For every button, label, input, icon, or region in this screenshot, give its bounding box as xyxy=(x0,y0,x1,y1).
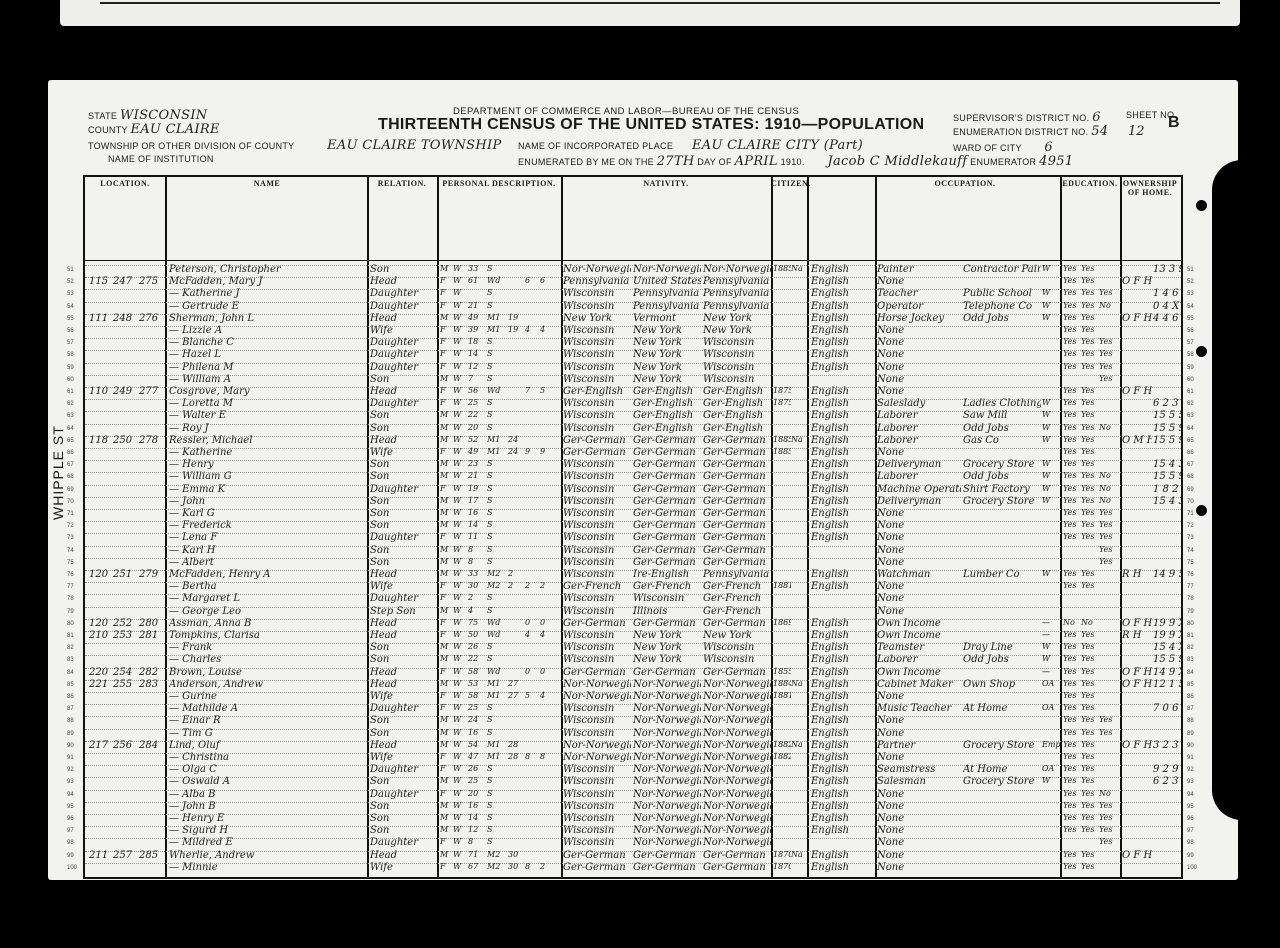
group-relation: RELATION. xyxy=(367,179,437,188)
cell-mother: Wisconsin xyxy=(703,362,771,373)
cell-sex: F xyxy=(440,593,452,602)
line-number: 91 xyxy=(67,755,74,761)
cell-write: Yes xyxy=(1081,386,1099,395)
group-personal: PERSONAL DESCRIPTION. xyxy=(437,179,561,188)
cell-school: Yes xyxy=(1099,801,1117,810)
cell-relation: Son xyxy=(370,813,436,824)
cell-write: Yes xyxy=(1081,691,1099,700)
cell-mother: Ger-German xyxy=(703,484,771,495)
cell-sex: F xyxy=(440,789,452,798)
cell-marital: S xyxy=(487,484,507,493)
cell-mother: Nor-Norwegian xyxy=(703,825,771,836)
cell-sex: M xyxy=(440,520,452,529)
cell-marital: Wd xyxy=(487,667,507,676)
cell-emp: W xyxy=(1042,313,1060,322)
census-sheet: STATE WISCONSIN COUNTY EAU CLAIRE TOWNSH… xyxy=(48,80,1238,880)
cell-mother: Ger-French xyxy=(703,581,771,592)
cell-father: Nor-Norwegian xyxy=(633,801,701,812)
cell-lang: English xyxy=(811,642,871,653)
line-number: 72 xyxy=(67,523,74,529)
line-number: 89 xyxy=(67,731,74,737)
cell-race: W xyxy=(453,471,467,480)
line-number: 65 xyxy=(1187,438,1194,444)
cell-trade: None xyxy=(877,447,961,458)
cell-school: Yes xyxy=(1099,532,1117,541)
cell-lang: English xyxy=(811,679,871,690)
cell-race: W xyxy=(453,813,467,822)
cell-own: O F H xyxy=(1122,313,1152,324)
cell-relation: Daughter xyxy=(370,362,436,373)
cell-trade: Cabinet Maker xyxy=(877,679,961,690)
cell-age: 52 xyxy=(468,435,486,444)
cell-born: 5 xyxy=(525,691,539,700)
cell-father: Ger-English xyxy=(633,386,701,397)
cell-lang: English xyxy=(811,801,871,812)
cell-relation: Son xyxy=(370,715,436,726)
cell-codes: 13 3 9 8 xyxy=(1153,264,1183,275)
line-number: 90 xyxy=(67,743,74,749)
cell-age: 75 xyxy=(468,618,486,627)
cell-mother: New York xyxy=(703,313,771,324)
cell-born: 6 xyxy=(525,276,539,285)
cell-mother: Nor-Norwegian xyxy=(703,837,771,848)
cell-read: Yes xyxy=(1063,508,1081,517)
cell-house: 210 xyxy=(89,630,113,641)
cell-trade: None xyxy=(877,349,961,360)
cell-name: — William A xyxy=(169,374,365,385)
cell-immig: 1881 xyxy=(773,691,791,700)
line-number: 73 xyxy=(1187,535,1194,541)
cell-sex: F xyxy=(440,484,452,493)
cell-race: W xyxy=(453,776,467,785)
line-number: 81 xyxy=(1187,633,1194,639)
cell-mother: Nor-Norwegian xyxy=(703,813,771,824)
cell-write: Yes xyxy=(1081,667,1099,676)
cell-school: Yes xyxy=(1099,545,1117,554)
cell-own: O F H xyxy=(1122,850,1152,861)
line-number: 97 xyxy=(1187,828,1194,834)
cell-birth: Wisconsin xyxy=(563,776,631,787)
cell-birth: Wisconsin xyxy=(563,374,631,385)
cell-father: Ire-English xyxy=(633,569,701,580)
cell-read: Yes xyxy=(1063,276,1081,285)
cell-lang: English xyxy=(811,630,871,641)
census-table: LOCATION. NAME RELATION. PERSONAL DESCRI… xyxy=(83,175,1183,879)
cell-school: Yes xyxy=(1099,813,1117,822)
cell-age: 47 xyxy=(468,752,486,761)
cell-trade: None xyxy=(877,837,961,848)
cell-birth: Nor-Norwegian xyxy=(563,740,631,751)
cell-industry: At Home xyxy=(963,703,1041,714)
cell-sex: F xyxy=(440,337,452,346)
cell-marital: S xyxy=(487,801,507,810)
cell-race: W xyxy=(453,325,467,334)
cell-race: W xyxy=(453,337,467,346)
cell-born: 7 xyxy=(525,386,539,395)
cell-family: 276 xyxy=(139,313,163,324)
cell-school: Yes xyxy=(1099,374,1117,383)
cell-sex: M xyxy=(440,740,452,749)
cell-name: — Henry xyxy=(169,459,365,470)
cell-codes: 1 4 6 X xyxy=(1153,288,1183,299)
cell-write: Yes xyxy=(1081,764,1099,773)
cell-sex: M xyxy=(440,374,452,383)
cell-read: Yes xyxy=(1063,679,1081,688)
cell-race: W xyxy=(453,801,467,810)
cell-mother: Ger-German xyxy=(703,850,771,861)
cell-school: No xyxy=(1099,484,1117,493)
cell-marital: S xyxy=(487,410,507,419)
cell-relation: Daughter xyxy=(370,337,436,348)
cell-years: 19 xyxy=(508,325,524,334)
line-number: 61 xyxy=(1187,389,1194,395)
cell-race: W xyxy=(453,410,467,419)
cell-father: Nor-Norwegian xyxy=(633,703,701,714)
cell-family: 282 xyxy=(139,667,163,678)
cell-race: W xyxy=(453,374,467,383)
cell-codes: 19 9 X X xyxy=(1153,618,1183,629)
line-number: 93 xyxy=(1187,779,1194,785)
cell-age: 22 xyxy=(468,410,486,419)
cell-sex: F xyxy=(440,752,452,761)
cell-write: Yes xyxy=(1081,801,1099,810)
cell-living: 2 xyxy=(540,862,554,871)
cell-immig: 1875 xyxy=(773,398,791,407)
cell-father: Illinois xyxy=(633,606,701,617)
cell-race: W xyxy=(453,520,467,529)
cell-read: Yes xyxy=(1063,484,1081,493)
cell-read: Yes xyxy=(1063,691,1081,700)
cell-school: No xyxy=(1099,471,1117,480)
cell-codes: 6 2 3 X xyxy=(1153,776,1183,787)
cell-race: W xyxy=(453,715,467,724)
cell-marital: S xyxy=(487,728,507,737)
cell-dwelling: 249 xyxy=(113,386,137,397)
cell-mother: Wisconsin xyxy=(703,642,771,653)
cell-age: 56 xyxy=(468,386,486,395)
cell-race: W xyxy=(453,557,467,566)
cell-write: Yes xyxy=(1081,776,1099,785)
cell-lang: English xyxy=(811,325,871,336)
cell-marital: S xyxy=(487,789,507,798)
cell-birth: Wisconsin xyxy=(563,764,631,775)
cell-mother: Pennsylvania xyxy=(703,276,771,287)
cell-mother: Nor-Norwegian xyxy=(703,764,771,775)
cell-industry: Grocery Store xyxy=(963,776,1041,787)
cell-father: Ger-English xyxy=(633,423,701,434)
cell-race: W xyxy=(453,642,467,651)
cell-lang: English xyxy=(811,362,871,373)
cell-birth: Nor-Norwegian xyxy=(563,264,631,275)
cell-relation: Wife xyxy=(370,752,436,763)
line-number: 68 xyxy=(67,474,74,480)
cell-own: R H xyxy=(1122,630,1152,641)
cell-age: 16 xyxy=(468,508,486,517)
cell-marital: Wd xyxy=(487,386,507,395)
cell-write: Yes xyxy=(1081,484,1099,493)
cell-immig: 1869 xyxy=(773,618,791,627)
cell-age: 30 xyxy=(468,581,486,590)
cell-lang: English xyxy=(811,496,871,507)
cell-lang: English xyxy=(811,508,871,519)
cell-own: O M H xyxy=(1122,435,1152,446)
cell-codes: 14 9 X X xyxy=(1153,667,1183,678)
cell-name: — Katherine J xyxy=(169,288,365,299)
cell-name: — Roy J xyxy=(169,423,365,434)
cell-read: Yes xyxy=(1063,715,1081,724)
cell-family: 277 xyxy=(139,386,163,397)
cell-write: Yes xyxy=(1081,313,1099,322)
cell-race: W xyxy=(453,654,467,663)
cell-lang: English xyxy=(811,581,871,592)
cell-immig: 1884 xyxy=(773,679,791,688)
cell-lang: English xyxy=(811,667,871,678)
line-number: 70 xyxy=(67,499,74,505)
cell-birth: Nor-Norwegian xyxy=(563,752,631,763)
punch-hole xyxy=(1196,346,1207,357)
cell-read: Yes xyxy=(1063,740,1081,749)
cell-mother: Pennsylvania xyxy=(703,569,771,580)
cell-age: 67 xyxy=(468,862,486,871)
line-number: 87 xyxy=(1187,706,1194,712)
cell-trade: Painter xyxy=(877,264,961,275)
cell-mother: Nor-Norwegian xyxy=(703,691,771,702)
cell-lang: English xyxy=(811,862,871,873)
cell-trade: Laborer xyxy=(877,435,961,446)
cell-father: Ger-German xyxy=(633,862,701,873)
cell-school: Yes xyxy=(1099,337,1117,346)
cell-nat: Na xyxy=(791,679,807,688)
cell-marital: M2 xyxy=(487,581,507,590)
line-number: 88 xyxy=(67,718,74,724)
cell-industry: Odd Jobs xyxy=(963,423,1041,434)
cell-living: 6 xyxy=(540,276,554,285)
cell-birth: Wisconsin xyxy=(563,593,631,604)
cell-name: — Emma K xyxy=(169,484,365,495)
cell-father: Nor-Norwegian xyxy=(633,776,701,787)
line-number: 83 xyxy=(1187,657,1194,663)
cell-name: — Hazel L xyxy=(169,349,365,360)
cell-read: Yes xyxy=(1063,288,1081,297)
cell-own: R H xyxy=(1122,569,1152,580)
street-name: WHIPPLE ST xyxy=(50,425,66,520)
cell-marital: Wd xyxy=(487,630,507,639)
enumeration-date-field: ENUMERATED BY ME ON THE 27TH DAY OF APRI… xyxy=(518,154,1073,169)
cell-write: Yes xyxy=(1081,862,1099,871)
cell-race: W xyxy=(453,264,467,273)
cell-marital: S xyxy=(487,423,507,432)
cell-write: Yes xyxy=(1081,850,1099,859)
cell-industry: Ladies Clothing xyxy=(963,398,1041,409)
cell-write: Yes xyxy=(1081,459,1099,468)
cell-house: 111 xyxy=(89,313,113,324)
cell-age: 39 xyxy=(468,325,486,334)
cell-trade: None xyxy=(877,386,961,397)
cell-own: O F H xyxy=(1122,386,1152,397)
cell-family: 278 xyxy=(139,435,163,446)
cell-relation: Son xyxy=(370,496,436,507)
cell-age: 61 xyxy=(468,276,486,285)
cell-immig: 1885 xyxy=(773,264,791,273)
line-number: 58 xyxy=(67,352,74,358)
cell-race: W xyxy=(453,789,467,798)
cell-relation: Son xyxy=(370,825,436,836)
cell-write: Yes xyxy=(1081,288,1099,297)
cell-write: Yes xyxy=(1081,654,1099,663)
cell-read: Yes xyxy=(1063,581,1081,590)
cell-lang: English xyxy=(811,288,871,299)
cell-dwelling: 254 xyxy=(113,667,137,678)
cell-living: 0 xyxy=(540,618,554,627)
township-field: TOWNSHIP OR OTHER DIVISION OF COUNTY EAU… xyxy=(88,138,502,153)
cell-birth: Wisconsin xyxy=(563,325,631,336)
cell-write: Yes xyxy=(1081,581,1099,590)
cell-birth: Wisconsin xyxy=(563,630,631,641)
cell-read: Yes xyxy=(1063,654,1081,663)
cell-own: O F H xyxy=(1122,740,1152,751)
cell-marital: S xyxy=(487,508,507,517)
cell-years: 28 xyxy=(508,740,524,749)
cell-emp: W xyxy=(1042,423,1060,432)
cell-mother: Ger-French xyxy=(703,606,771,617)
cell-emp: W xyxy=(1042,496,1060,505)
cell-sex: F xyxy=(440,301,452,310)
cell-age: 4 xyxy=(468,606,486,615)
cell-father: New York xyxy=(633,362,701,373)
cell-birth: Ger-German xyxy=(563,618,631,629)
cell-father: Ger-English xyxy=(633,398,701,409)
cell-write: Yes xyxy=(1081,496,1099,505)
cell-born: 2 xyxy=(525,581,539,590)
cell-relation: Son xyxy=(370,374,436,385)
line-number: 71 xyxy=(1187,511,1194,517)
cell-write: Yes xyxy=(1081,703,1099,712)
cell-age: 12 xyxy=(468,362,486,371)
cell-read: Yes xyxy=(1063,703,1081,712)
cell-marital: M1 xyxy=(487,313,507,322)
cell-industry: Odd Jobs xyxy=(963,313,1041,324)
line-number: 74 xyxy=(67,548,74,554)
cell-read: Yes xyxy=(1063,313,1081,322)
cell-father: Ger-German xyxy=(633,618,701,629)
cell-marital: S xyxy=(487,545,507,554)
cell-immig: 1885 xyxy=(773,435,791,444)
cell-years: 24 xyxy=(508,447,524,456)
cell-write: Yes xyxy=(1081,679,1099,688)
line-number: 86 xyxy=(1187,694,1194,700)
cell-birth: Wisconsin xyxy=(563,813,631,824)
cell-born: 9 xyxy=(525,447,539,456)
cell-years: 27 xyxy=(508,679,524,688)
cell-mother: Wisconsin xyxy=(703,374,771,385)
punch-hole xyxy=(1196,200,1207,211)
cell-emp: W xyxy=(1042,642,1060,651)
group-citizen: CITIZEN. xyxy=(771,179,807,188)
cell-birth: Ger-German xyxy=(563,850,631,861)
cell-marital: S xyxy=(487,374,507,383)
cell-age: 25 xyxy=(468,398,486,407)
cell-family: 281 xyxy=(139,630,163,641)
cell-relation: Head xyxy=(370,667,436,678)
cell-age: 33 xyxy=(468,569,486,578)
cell-write: Yes xyxy=(1081,349,1099,358)
cell-trade: Laborer xyxy=(877,471,961,482)
cell-school: Yes xyxy=(1099,288,1117,297)
cell-father: Ger-German xyxy=(633,459,701,470)
cell-emp: W xyxy=(1042,410,1060,419)
cell-relation: Daughter xyxy=(370,532,436,543)
cell-birth: Wisconsin xyxy=(563,301,631,312)
cell-lang: English xyxy=(811,520,871,531)
line-number: 92 xyxy=(67,767,74,773)
line-number: 62 xyxy=(67,401,74,407)
cell-mother: Ger-German xyxy=(703,545,771,556)
cell-birth: Ger-German xyxy=(563,435,631,446)
cell-living: 2 xyxy=(540,581,554,590)
cell-sex: M xyxy=(440,264,452,273)
line-number: 71 xyxy=(67,511,74,517)
cell-read: Yes xyxy=(1063,850,1081,859)
line-number: 80 xyxy=(1187,621,1194,627)
cell-emp: W xyxy=(1042,471,1060,480)
cell-name: — Loretta M xyxy=(169,398,365,409)
cell-read: Yes xyxy=(1063,642,1081,651)
cell-name: Peterson, Christopher xyxy=(169,264,365,275)
cell-read: Yes xyxy=(1063,459,1081,468)
cell-mother: Ger-German xyxy=(703,459,771,470)
cell-marital: S xyxy=(487,301,507,310)
cell-lang: English xyxy=(811,349,871,360)
cell-birth: Wisconsin xyxy=(563,337,631,348)
cell-sex: M xyxy=(440,801,452,810)
cell-name: — Mathilde A xyxy=(169,703,365,714)
cell-birth: Nor-Norwegian xyxy=(563,679,631,690)
cell-relation: Wife xyxy=(370,581,436,592)
cell-race: W xyxy=(453,386,467,395)
cell-write: Yes xyxy=(1081,362,1099,371)
cell-birth: New York xyxy=(563,313,631,324)
line-number: 60 xyxy=(67,377,74,383)
cell-school: Yes xyxy=(1099,837,1117,846)
cell-mother: Wisconsin xyxy=(703,654,771,665)
line-number: 72 xyxy=(1187,523,1194,529)
cell-relation: Son xyxy=(370,520,436,531)
cell-read: Yes xyxy=(1063,764,1081,773)
cell-emp: Emp xyxy=(1042,740,1060,749)
cell-relation: Head xyxy=(370,276,436,287)
cell-father: New York xyxy=(633,654,701,665)
cell-living: 0 xyxy=(540,667,554,676)
cell-read: Yes xyxy=(1063,752,1081,761)
cell-years: 2 xyxy=(508,569,524,578)
line-number: 85 xyxy=(1187,682,1194,688)
cell-relation: Head xyxy=(370,630,436,641)
cell-sex: M xyxy=(440,679,452,688)
cell-industry: Dray Line xyxy=(963,642,1041,653)
group-name: NAME xyxy=(167,179,367,188)
line-number: 74 xyxy=(1187,548,1194,554)
cell-school: Yes xyxy=(1099,362,1117,371)
cell-relation: Daughter xyxy=(370,703,436,714)
cell-name: — Olga C xyxy=(169,764,365,775)
cell-birth: Wisconsin xyxy=(563,362,631,373)
sheet-side: B xyxy=(1168,114,1180,132)
line-number: 73 xyxy=(67,535,74,541)
line-number: 98 xyxy=(1187,840,1194,846)
cell-mother: Nor-Norwegian xyxy=(703,728,771,739)
cell-father: Ger-German xyxy=(633,545,701,556)
cell-birth: Wisconsin xyxy=(563,349,631,360)
